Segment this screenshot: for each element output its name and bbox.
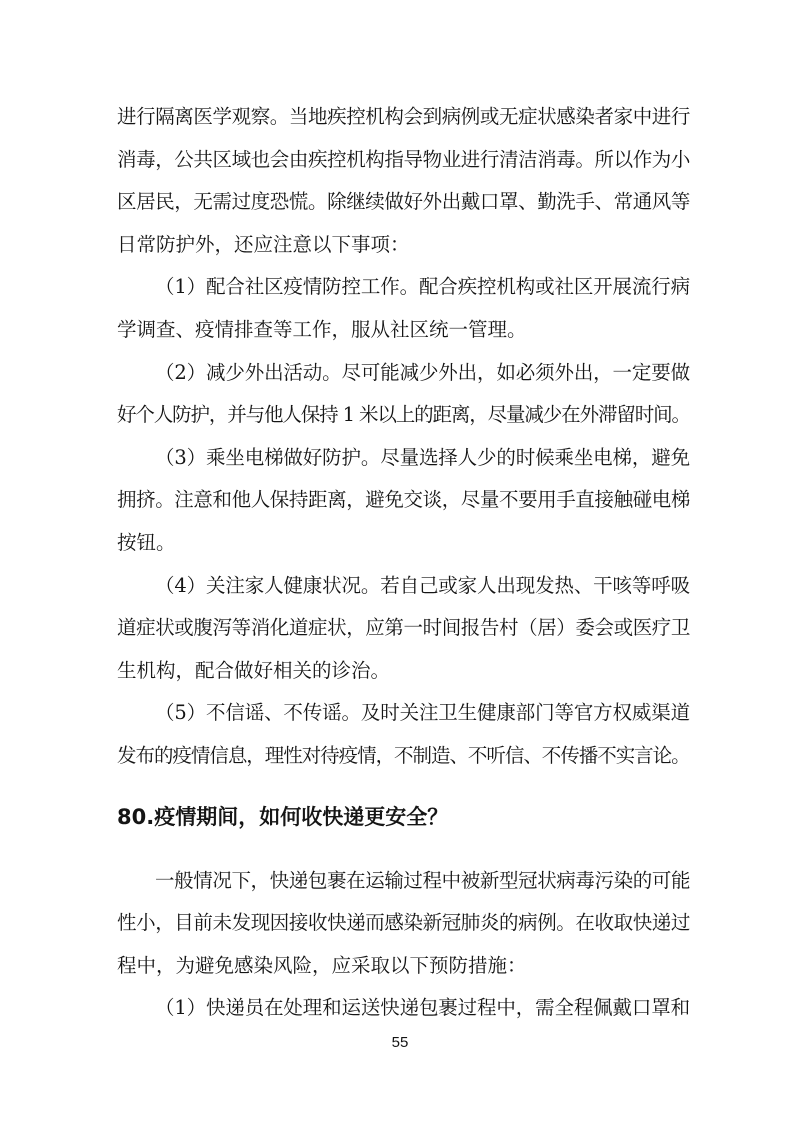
paragraph: （2）减少外出活动。尽可能减少外出，如必须外出，一定要做好个人防护，并与他人保持… bbox=[117, 352, 690, 437]
text-line: 一般情况下，快递包裹在运输过程中被新型冠状病毒污染的可能 bbox=[117, 860, 690, 903]
text-line: 按钮。 bbox=[117, 522, 690, 565]
text-line: （4）关注家人健康状况。若自己或家人出现发热、干咳等呼吸 bbox=[117, 565, 690, 608]
section-heading: 80.疫情期间，如何收快递更安全？ bbox=[117, 796, 690, 839]
text-line: 生机构，配合做好相关的诊治。 bbox=[117, 650, 690, 693]
paragraph: （4）关注家人健康状况。若自己或家人出现发热、干咳等呼吸道症状或腹泻等消化道症状… bbox=[117, 565, 690, 693]
heading-line: 80.疫情期间，如何收快递更安全？ bbox=[117, 796, 690, 839]
text-line: 拥挤。注意和他人保持距离，避免交谈，尽量不要用手直接触碰电梯 bbox=[117, 479, 690, 522]
document-body: 进行隔离医学观察。当地疾控机构会到病例或无症状感染者家中进行消毒，公共区域也会由… bbox=[117, 96, 690, 1030]
text-line: 区居民，无需过度恐慌。除继续做好外出戴口罩、勤洗手、常通风等 bbox=[117, 181, 690, 224]
page-number: 55 bbox=[0, 1034, 800, 1052]
paragraph: （3）乘坐电梯做好防护。尽量选择人少的时候乘坐电梯，避免拥挤。注意和他人保持距离… bbox=[117, 437, 690, 565]
text-line: 好个人防护，并与他人保持 1 米以上的距离，尽量减少在外滞留时间。 bbox=[117, 394, 690, 437]
document-page: 进行隔离医学观察。当地疾控机构会到病例或无症状感染者家中进行消毒，公共区域也会由… bbox=[0, 0, 800, 1131]
text-line: （2）减少外出活动。尽可能减少外出，如必须外出，一定要做 bbox=[117, 352, 690, 395]
text-line: 进行隔离医学观察。当地疾控机构会到病例或无症状感染者家中进行 bbox=[117, 96, 690, 139]
paragraph: （1）快递员在处理和运送快递包裹过程中，需全程佩戴口罩和 bbox=[117, 987, 690, 1030]
paragraph: （1）配合社区疫情防控工作。配合疾控机构或社区开展流行病学调查、疫情排查等工作，… bbox=[117, 266, 690, 351]
text-line: 道症状或腹泻等消化道症状，应第一时间报告村（居）委会或医疗卫 bbox=[117, 607, 690, 650]
paragraph: 一般情况下，快递包裹在运输过程中被新型冠状病毒污染的可能性小，目前未发现因接收快… bbox=[117, 860, 690, 988]
paragraph: 进行隔离医学观察。当地疾控机构会到病例或无症状感染者家中进行消毒，公共区域也会由… bbox=[117, 96, 690, 266]
text-line: （3）乘坐电梯做好防护。尽量选择人少的时候乘坐电梯，避免 bbox=[117, 437, 690, 480]
text-line: 发布的疫情信息，理性对待疫情，不制造、不听信、不传播不实言论。 bbox=[117, 735, 690, 778]
text-line: 性小，目前未发现因接收快递而感染新冠肺炎的病例。在收取快递过 bbox=[117, 902, 690, 945]
text-line: （1）配合社区疫情防控工作。配合疾控机构或社区开展流行病 bbox=[117, 266, 690, 309]
text-line: （1）快递员在处理和运送快递包裹过程中，需全程佩戴口罩和 bbox=[117, 987, 690, 1030]
text-line: 学调查、疫情排查等工作，服从社区统一管理。 bbox=[117, 309, 690, 352]
text-line: 日常防护外，还应注意以下事项： bbox=[117, 224, 690, 267]
text-line: 消毒，公共区域也会由疾控机构指导物业进行清洁消毒。所以作为小 bbox=[117, 139, 690, 182]
text-line: 程中，为避免感染风险，应采取以下预防措施： bbox=[117, 945, 690, 988]
text-line: （5）不信谣、不传谣。及时关注卫生健康部门等官方权威渠道 bbox=[117, 692, 690, 735]
paragraph: （5）不信谣、不传谣。及时关注卫生健康部门等官方权威渠道发布的疫情信息，理性对待… bbox=[117, 692, 690, 777]
